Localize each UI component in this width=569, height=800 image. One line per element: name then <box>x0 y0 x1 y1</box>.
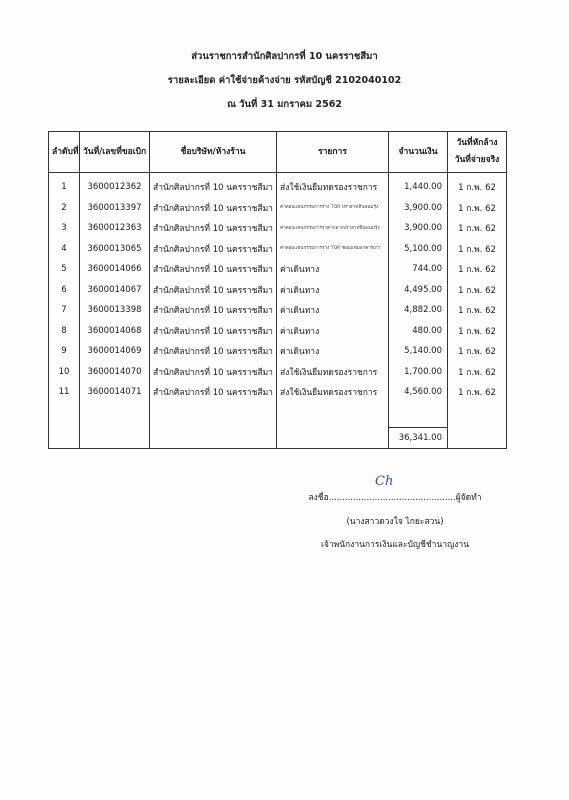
col-header-item: รายการ <box>277 132 389 173</box>
table-row-blank <box>49 403 507 428</box>
row-num: 8 <box>49 321 80 342</box>
row-company-name: สำนักศิลปากรที่ 10 นครราชสีมา <box>150 300 277 321</box>
row-doc-number: 3600014070 <box>80 362 150 383</box>
table-row: 53600014066สำนักศิลปากรที่ 10 นครราชสีมา… <box>49 259 507 280</box>
blank-cell <box>150 427 277 448</box>
row-date: 1 ก.พ. 62 <box>448 173 507 198</box>
row-amount: 3,900.00 <box>389 218 448 239</box>
row-num: 9 <box>49 341 80 362</box>
row-item: ส่งใช้เงินยืมทดรองราชการ <box>277 173 389 198</box>
row-company-name: สำนักศิลปากรที่ 10 นครราชสีมา <box>150 239 277 260</box>
row-date: 1 ก.พ. 62 <box>448 280 507 301</box>
row-item: ค่าตอบแทนกรรมการร่าง TOR ซ่อมแซมอาคารเก่… <box>277 239 389 260</box>
row-num: 3 <box>49 218 80 239</box>
table-row: 63600014067สำนักศิลปากรที่ 10 นครราชสีมา… <box>49 280 507 301</box>
row-item: ส่งใช้เงินยืมทดรองราชการ <box>277 362 389 383</box>
row-date: 1 ก.พ. 62 <box>448 362 507 383</box>
row-amount: 5,140.00 <box>389 341 448 362</box>
row-amount: 480.00 <box>389 321 448 342</box>
row-num: 7 <box>49 300 80 321</box>
blank-cell <box>277 403 389 428</box>
row-doc-number: 3600014067 <box>80 280 150 301</box>
row-item: ค่าเดินทาง <box>277 321 389 342</box>
signature-suffix: ผู้จัดทำ <box>456 493 482 503</box>
table-row: 43600013065สำนักศิลปากรที่ 10 นครราชสีมา… <box>49 239 507 260</box>
row-company-name: สำนักศิลปากรที่ 10 นครราชสีมา <box>150 173 277 198</box>
row-amount: 1,440.00 <box>389 173 448 198</box>
table-header-row: ลำดับที่ วันที่/เลขที่ขอเบิก ชื่อบริษัท/… <box>49 132 507 173</box>
table-row: 83600014068สำนักศิลปากรที่ 10 นครราชสีมา… <box>49 321 507 342</box>
row-company-name: สำนักศิลปากรที่ 10 นครราชสีมา <box>150 341 277 362</box>
row-amount: 744.00 <box>389 259 448 280</box>
row-item: ค่าเดินทาง <box>277 259 389 280</box>
row-num: 10 <box>49 362 80 383</box>
table-body: 13600012362สำนักศิลปากรที่ 10 นครราชสีมา… <box>49 173 507 449</box>
row-doc-number: 3600014069 <box>80 341 150 362</box>
report-date: ณ วันที่ 31 มกราคม 2562 <box>0 97 569 112</box>
row-doc-number: 3600013065 <box>80 239 150 260</box>
row-date: 1 ก.พ. 62 <box>448 239 507 260</box>
row-item: ค่าเดินทาง <box>277 300 389 321</box>
row-num: 6 <box>49 280 80 301</box>
blank-cell <box>277 427 389 448</box>
col-header-num: ลำดับที่ <box>49 132 80 173</box>
row-item: ค่าเดินทาง <box>277 341 389 362</box>
blank-cell <box>448 427 507 448</box>
blank-cell <box>448 403 507 428</box>
row-doc-number: 3600013398 <box>80 300 150 321</box>
col-header-date-line2: วันที่จ่ายจริง <box>451 152 503 169</box>
row-item: ค่าเดินทาง <box>277 280 389 301</box>
row-doc-number: 3600014068 <box>80 321 150 342</box>
col-header-name: ชื่อบริษัท/ห้างร้าน <box>150 132 277 173</box>
row-amount: 4,882.00 <box>389 300 448 321</box>
report-title: รายละเอียด ค่าใช้จ่ายค้างจ่าย รหัสบัญชี … <box>0 73 569 88</box>
blank-cell <box>49 403 80 428</box>
table-row: 73600013398สำนักศิลปากรที่ 10 นครราชสีมา… <box>49 300 507 321</box>
signature-dots: ........................................… <box>329 493 456 503</box>
row-date: 1 ก.พ. 62 <box>448 321 507 342</box>
row-company-name: สำนักศิลปากรที่ 10 นครราชสีมา <box>150 280 277 301</box>
row-company-name: สำนักศิลปากรที่ 10 นครราชสีมา <box>150 218 277 239</box>
table-row: 23600013397สำนักศิลปากรที่ 10 นครราชสีมา… <box>49 198 507 219</box>
agency-title: ส่วนราชการสำนักศิลปากรที่ 10 นครราชสีมา <box>0 49 569 64</box>
table-row: 93600014069สำนักศิลปากรที่ 10 นครราชสีมา… <box>49 341 507 362</box>
expense-table: ลำดับที่ วันที่/เลขที่ขอเบิก ชื่อบริษัท/… <box>48 131 507 449</box>
table-row: 13600012362สำนักศิลปากรที่ 10 นครราชสีมา… <box>49 173 507 198</box>
row-num: 1 <box>49 173 80 198</box>
row-item: ค่าตอบแทนกรรมการราคากลางปราสาทหินพนมรุ้ง <box>277 218 389 239</box>
col-header-date-line1: วันที่หักล้าง <box>451 135 503 152</box>
blank-cell <box>80 427 150 448</box>
blank-cell <box>150 403 277 428</box>
table-row-total: 36,341.00 <box>49 427 507 448</box>
row-amount: 4,495.00 <box>389 280 448 301</box>
table-row: 33600012363สำนักศิลปากรที่ 10 นครราชสีมา… <box>49 218 507 239</box>
row-company-name: สำนักศิลปากรที่ 10 นครราชสีมา <box>150 198 277 219</box>
row-company-name: สำนักศิลปากรที่ 10 นครราชสีมา <box>150 321 277 342</box>
col-header-doc: วันที่/เลขที่ขอเบิก <box>80 132 150 173</box>
row-num: 4 <box>49 239 80 260</box>
signature-mark: Ch <box>375 474 393 489</box>
signature-prefix: ลงชื่อ <box>308 493 328 503</box>
row-doc-number: 3600012363 <box>80 218 150 239</box>
total-amount: 36,341.00 <box>389 427 448 448</box>
row-amount: 1,700.00 <box>389 362 448 383</box>
col-header-date: วันที่หักล้าง วันที่จ่ายจริง <box>448 132 507 173</box>
row-doc-number: 3600014066 <box>80 259 150 280</box>
row-amount: 5,100.00 <box>389 239 448 260</box>
row-date: 1 ก.พ. 62 <box>448 382 507 403</box>
row-amount: 4,560.00 <box>389 382 448 403</box>
signer-name: (นางสาวดวงใจ ไกยะสวน) <box>280 514 510 528</box>
row-company-name: สำนักศิลปากรที่ 10 นครราชสีมา <box>150 382 277 403</box>
row-item: ส่งใช้เงินยืมทดรองราชการ <box>277 382 389 403</box>
row-doc-number: 3600013397 <box>80 198 150 219</box>
row-item: ค่าตอบแทนกรรมการร่าง TOR ปราสาทหินพนมรุ้… <box>277 198 389 219</box>
table-row: 103600014070สำนักศิลปากรที่ 10 นครราชสีม… <box>49 362 507 383</box>
blank-cell <box>49 427 80 448</box>
blank-cell <box>80 403 150 428</box>
row-date: 1 ก.พ. 62 <box>448 259 507 280</box>
row-date: 1 ก.พ. 62 <box>448 300 507 321</box>
row-company-name: สำนักศิลปากรที่ 10 นครราชสีมา <box>150 362 277 383</box>
row-num: 5 <box>49 259 80 280</box>
blank-cell <box>389 403 448 428</box>
signature-line: ลงชื่อ..................................… <box>280 490 510 504</box>
row-date: 1 ก.พ. 62 <box>448 218 507 239</box>
row-amount: 3,900.00 <box>389 198 448 219</box>
signer-position: เจ้าพนักงานการเงินและบัญชีชำนาญงาน <box>280 537 510 551</box>
col-header-amount: จำนวนเงิน <box>389 132 448 173</box>
row-doc-number: 3600014071 <box>80 382 150 403</box>
row-num: 2 <box>49 198 80 219</box>
row-date: 1 ก.พ. 62 <box>448 341 507 362</box>
row-doc-number: 3600012362 <box>80 173 150 198</box>
table-row: 113600014071สำนักศิลปากรที่ 10 นครราชสีม… <box>49 382 507 403</box>
row-company-name: สำนักศิลปากรที่ 10 นครราชสีมา <box>150 259 277 280</box>
row-date: 1 ก.พ. 62 <box>448 198 507 219</box>
row-num: 11 <box>49 382 80 403</box>
